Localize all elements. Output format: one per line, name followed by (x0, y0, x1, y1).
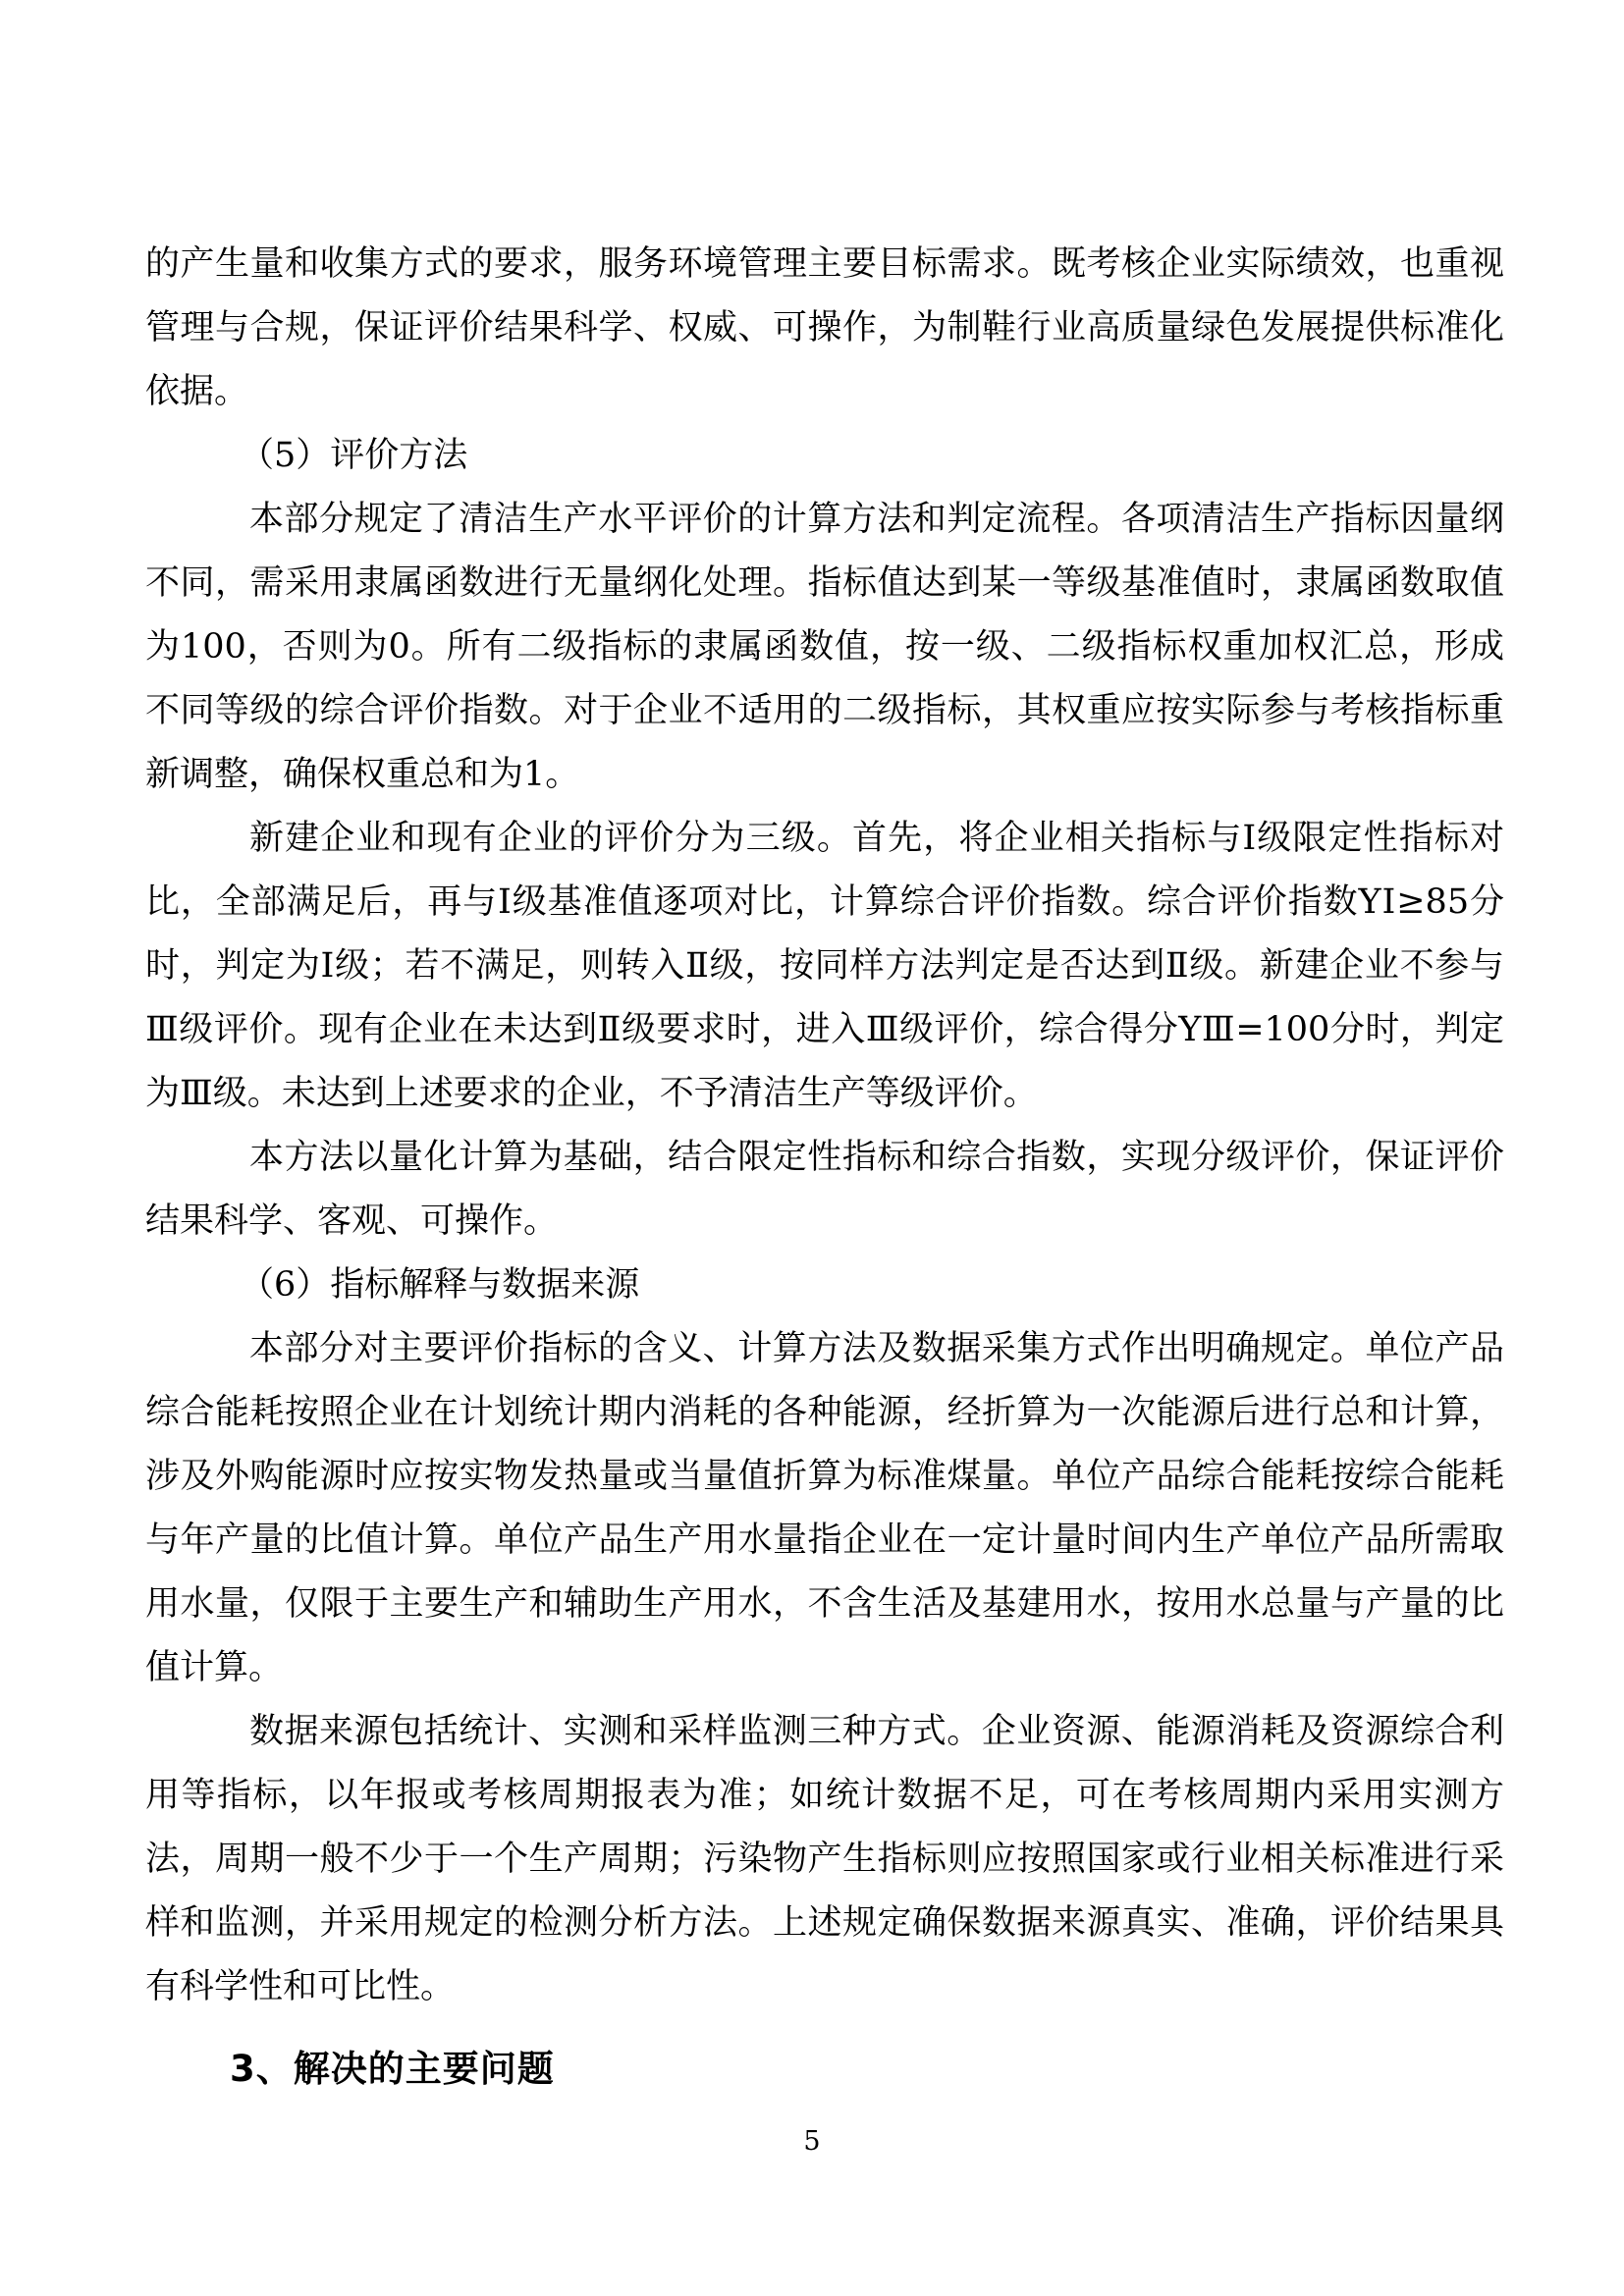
body-paragraph: 新建企业和现有企业的评价分为三级。首先，将企业相关指标与Ⅰ级限定性指标对比，全部… (145, 807, 1504, 1126)
body-paragraph: 本部分规定了清洁生产水平评价的计算方法和判定流程。各项清洁生产指标因量纲不同，需… (145, 488, 1504, 807)
document-page: 的产生量和收集方式的要求，服务环境管理主要目标需求。既考核企业实际绩效，也重视管… (0, 0, 1624, 2296)
subheading-evaluation-method: （5）评价方法 (145, 424, 1504, 488)
section-heading-main-problems: 3、解决的主要问题 (145, 2037, 1504, 2101)
document-body: 的产生量和收集方式的要求，服务环境管理主要目标需求。既考核企业实际绩效，也重视管… (145, 233, 1504, 2101)
body-paragraph: 本部分对主要评价指标的含义、计算方法及数据采集方式作出明确规定。单位产品综合能耗… (145, 1317, 1504, 1700)
body-paragraph-continuation: 的产生量和收集方式的要求，服务环境管理主要目标需求。既考核企业实际绩效，也重视管… (145, 233, 1504, 424)
subheading-indicator-explanation: （6）指标解释与数据来源 (145, 1254, 1504, 1317)
page-number: 5 (0, 2122, 1624, 2162)
body-paragraph: 数据来源包括统计、实测和采样监测三种方式。企业资源、能源消耗及资源综合利用等指标… (145, 1700, 1504, 2019)
body-paragraph: 本方法以量化计算为基础，结合限定性指标和综合指数，实现分级评价，保证评价结果科学… (145, 1126, 1504, 1254)
